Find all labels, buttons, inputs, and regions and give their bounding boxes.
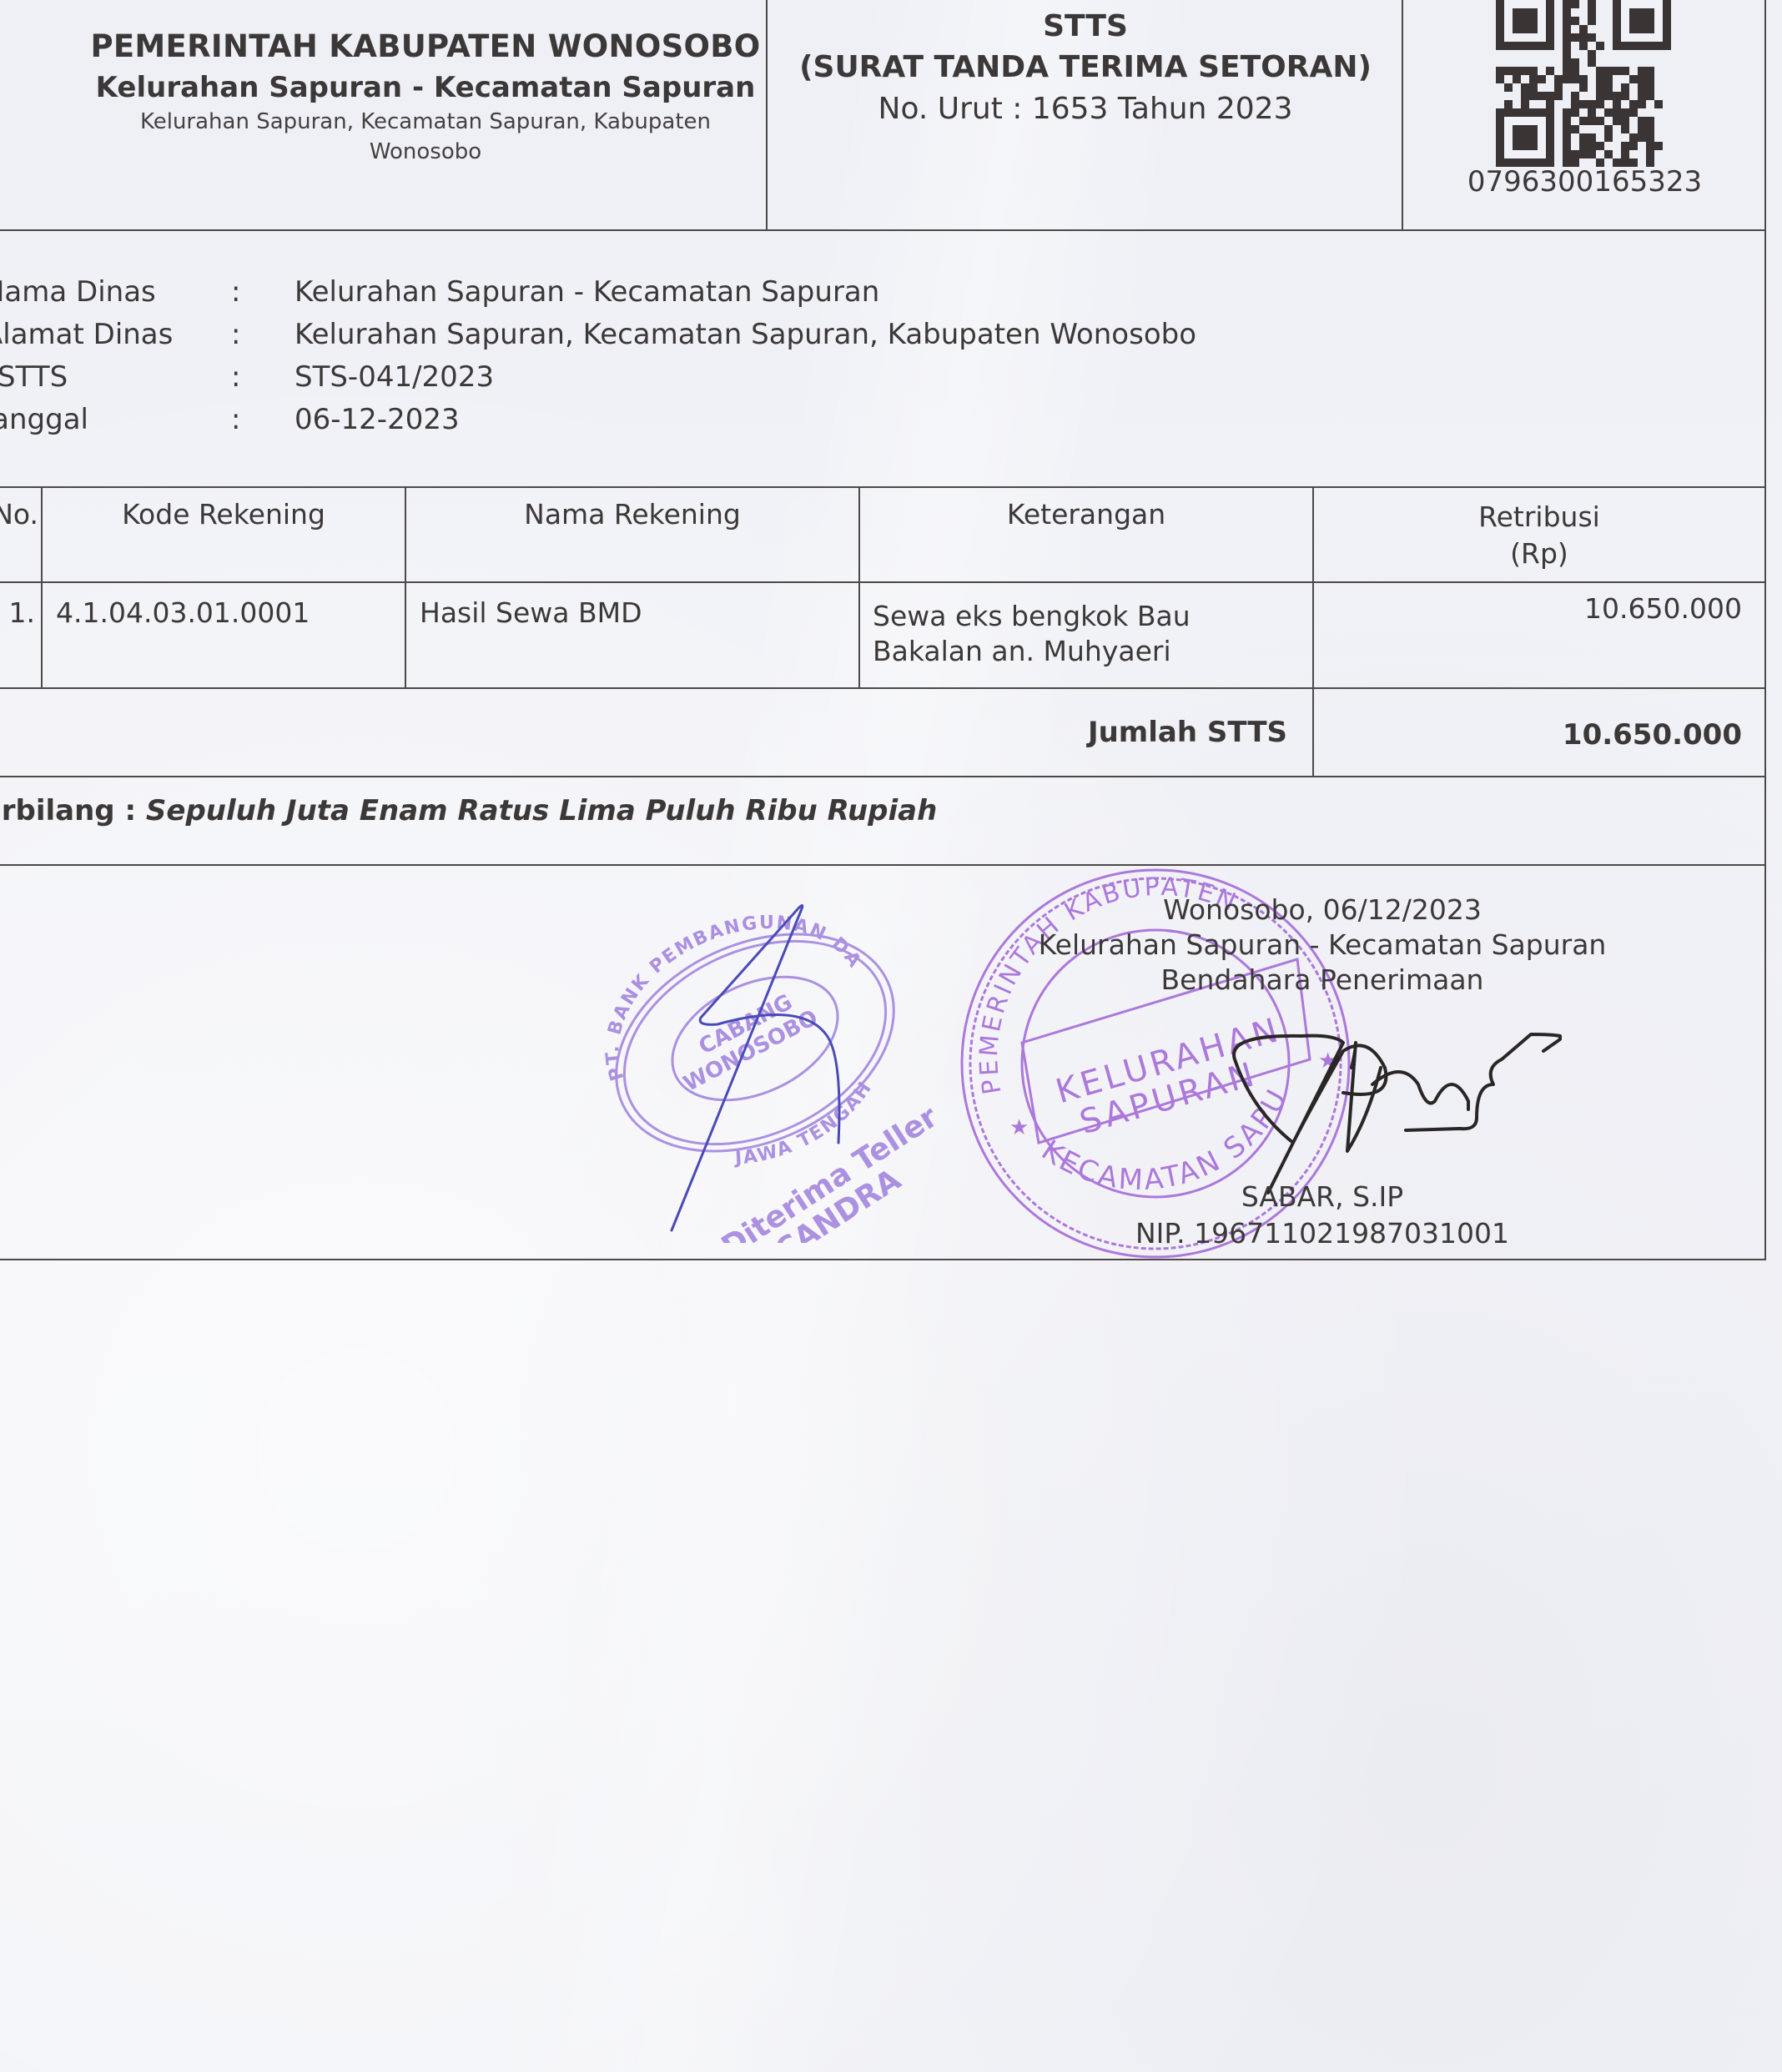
doc-title: (SURAT TANDA TERIMA SETORAN) bbox=[768, 47, 1402, 88]
col-header-keterangan: Keterangan bbox=[860, 495, 1312, 534]
info-value: STS-041/2023 bbox=[294, 356, 494, 398]
col-header-nama-rekening: Nama Rekening bbox=[406, 495, 858, 534]
qr-number: 0796300165323 bbox=[1404, 165, 1765, 199]
doc-code: STTS bbox=[768, 7, 1402, 47]
serial-number: No. Urut : 1653 Tahun 2023 bbox=[768, 88, 1402, 130]
col-header-no: No. bbox=[0, 495, 38, 534]
info-label: No STTS bbox=[0, 356, 167, 398]
svg-text:WONOSOBO: WONOSOBO bbox=[680, 1005, 823, 1097]
col-header-retribusi: Retribusi (Rp) bbox=[1314, 499, 1764, 572]
svg-text:CABANG: CABANG bbox=[695, 990, 797, 1060]
keterangan-line-1: Sewa eks bengkok Bau bbox=[873, 599, 1191, 634]
amount-in-words: Terbilang : Sepuluh Juta Enam Ratus Lima… bbox=[0, 794, 937, 827]
svg-text:SAPURAN: SAPURAN bbox=[1075, 1055, 1261, 1142]
info-colon: : bbox=[231, 314, 240, 355]
info-label: Nama Dinas bbox=[0, 271, 200, 313]
svg-text:CANDRA: CANDRA bbox=[769, 1163, 907, 1243]
signature-bottom-rule bbox=[0, 1259, 1766, 1260]
info-colon: : bbox=[231, 399, 240, 440]
col-header-kode-rekening: Kode Rekening bbox=[43, 495, 405, 534]
table-total-rule bbox=[0, 776, 1766, 777]
signature-unit: Kelurahan Sapuran - Kecamatan Sapuran bbox=[984, 928, 1660, 963]
bank-teller-stamp: PT. BANK PEMBANGUNAN DAERAH JAWA TENGAH … bbox=[551, 876, 943, 1243]
signature-role: Bendahara Penerimaan bbox=[984, 963, 1660, 998]
svg-text:PT. BANK PEMBANGUNAN DAERAH: PT. BANK PEMBANGUNAN DAERAH bbox=[551, 876, 866, 1084]
info-label: Tanggal bbox=[0, 399, 196, 440]
header-bottom-rule bbox=[0, 229, 1766, 231]
terbilang-rule bbox=[0, 864, 1766, 866]
signatory-name: SABAR, S.IP bbox=[984, 1179, 1660, 1215]
qr-code-icon bbox=[1496, 0, 1671, 167]
info-value: Kelurahan Sapuran - Kecamatan Sapuran bbox=[294, 271, 879, 313]
issuer-block: PEMERINTAH KABUPATEN WONOSOBO Kelurahan … bbox=[83, 25, 768, 167]
total-value: 10.650.000 bbox=[1314, 717, 1742, 752]
document-title-block: STTS (SURAT TANDA TERIMA SETORAN) No. Ur… bbox=[768, 7, 1402, 130]
row-retribusi: 10.650.000 bbox=[1314, 591, 1742, 626]
svg-text:JAWA TENGAH: JAWA TENGAH bbox=[732, 1077, 876, 1169]
svg-text:★: ★ bbox=[1318, 1049, 1337, 1074]
info-value: Kelurahan Sapuran, Kecamatan Sapuran, Ka… bbox=[294, 314, 1196, 355]
table-header-rule bbox=[0, 581, 1766, 583]
table-row-rule bbox=[0, 687, 1766, 689]
info-colon: : bbox=[231, 356, 240, 398]
svg-text:KELURAHAN: KELURAHAN bbox=[1052, 1011, 1286, 1112]
info-colon: : bbox=[231, 271, 240, 313]
table-top-rule bbox=[0, 486, 1766, 488]
row-nama-rekening: Hasil Sewa BMD bbox=[420, 596, 642, 631]
svg-text:Diterima Teller: Diterima Teller bbox=[716, 1099, 943, 1243]
unit-address: Kelurahan Sapuran, Kecamatan Sapuran, Ka… bbox=[83, 107, 768, 167]
info-label: Alamat Dinas bbox=[0, 314, 200, 355]
row-no: 1. bbox=[0, 596, 35, 631]
info-value: 06-12-2023 bbox=[294, 399, 460, 440]
teller-initial-scribble bbox=[672, 905, 839, 1230]
terbilang-value: Sepuluh Juta Enam Ratus Lima Puluh Ribu … bbox=[146, 794, 937, 827]
signature-place-date: Wonosobo, 06/12/2023 bbox=[984, 893, 1660, 928]
svg-text:★: ★ bbox=[1009, 1115, 1029, 1140]
government-name: PEMERINTAH KABUPATEN WONOSOBO bbox=[83, 25, 768, 68]
stts-receipt-document: PEMERINTAH KABUPATEN WONOSOBO Kelurahan … bbox=[0, 0, 1782, 1268]
retribusi-unit: (Rp) bbox=[1314, 536, 1764, 572]
total-label: Jumlah STTS bbox=[860, 715, 1287, 750]
row-kode-rekening: 4.1.04.03.01.0001 bbox=[56, 596, 310, 631]
terbilang-label: Terbilang : bbox=[0, 794, 136, 827]
keterangan-line-2: Bakalan an. Muhyaeri bbox=[873, 634, 1191, 669]
unit-name: Kelurahan Sapuran - Kecamatan Sapuran bbox=[83, 68, 768, 107]
row-keterangan: Sewa eks bengkok Bau Bakalan an. Muhyaer… bbox=[873, 599, 1191, 669]
signatory-nip: NIP. 196711021987031001 bbox=[984, 1216, 1660, 1251]
retribusi-label: Retribusi bbox=[1314, 499, 1764, 536]
